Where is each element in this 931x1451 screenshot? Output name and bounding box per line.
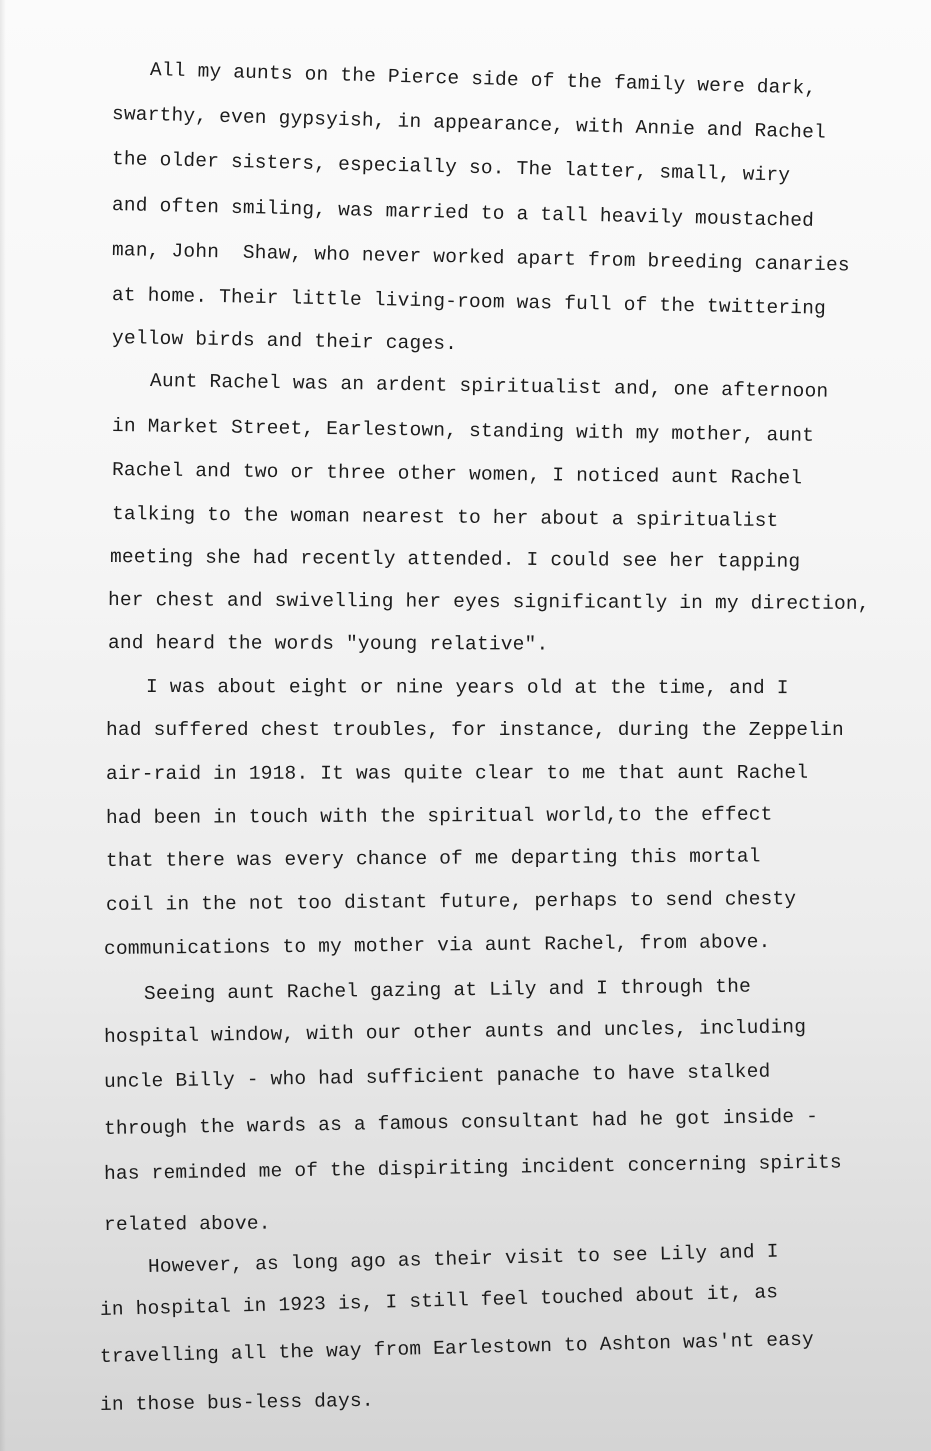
page-edge-shadow (0, 0, 6, 1451)
text-line: man, John Shaw, who never worked apart f… (112, 238, 850, 277)
text-line: has reminded me of the dispiriting incid… (104, 1150, 842, 1186)
text-line: talking to the woman nearest to her abou… (112, 502, 779, 533)
text-line: hospital window, with our other aunts an… (104, 1015, 806, 1049)
text-line: travelling all the way from Earlestown t… (100, 1328, 814, 1369)
text-line: meeting she had recently attended. I cou… (110, 545, 800, 574)
text-line: and heard the words "young relative". (108, 631, 548, 657)
text-line: at home. Their little living-room was fu… (112, 283, 826, 321)
text-line: related above. (104, 1212, 271, 1237)
text-line: had suffered chest troubles, for instanc… (106, 718, 844, 742)
text-line: in Market Street, Earlestown, standing w… (112, 414, 814, 448)
text-line: and often smiling, was married to a tall… (112, 193, 815, 233)
text-line: in hospital in 1923 is, I still feel tou… (100, 1280, 779, 1322)
text-line: air-raid in 1918. It was quite clear to … (106, 761, 808, 786)
text-line: Seeing aunt Rachel gazing at Lily and I … (144, 975, 751, 1006)
text-line: Aunt Rachel was an ardent spiritualist a… (150, 369, 829, 404)
text-line: yellow birds and their cages. (112, 326, 458, 356)
text-line: communications to my mother via aunt Rac… (104, 930, 771, 961)
text-line: had been in touch with the spiritual wor… (106, 803, 773, 830)
text-line: Rachel and two or three other women, I n… (112, 458, 803, 490)
text-line: However, as long ago as their visit to s… (148, 1240, 779, 1279)
text-line: the older sisters, especially so. The la… (112, 147, 791, 188)
text-line: her chest and swivelling her eyes signif… (108, 588, 870, 616)
text-line: I was about eight or nine years old at t… (146, 675, 789, 700)
text-line: that there was every chance of me depart… (106, 844, 761, 873)
text-line: coil in the not too distant future, perh… (106, 887, 796, 917)
document-page: All my aunts on the Pierce side of the f… (0, 0, 931, 1451)
text-line: All my aunts on the Pierce side of the f… (150, 58, 817, 101)
text-line: through the wards as a famous consultant… (104, 1105, 818, 1141)
text-line: uncle Billy - who had sufficient panache… (104, 1060, 771, 1094)
text-line: swarthy, even gypsyish, in appearance, w… (112, 102, 827, 145)
text-line: in those bus-less days. (100, 1389, 374, 1417)
